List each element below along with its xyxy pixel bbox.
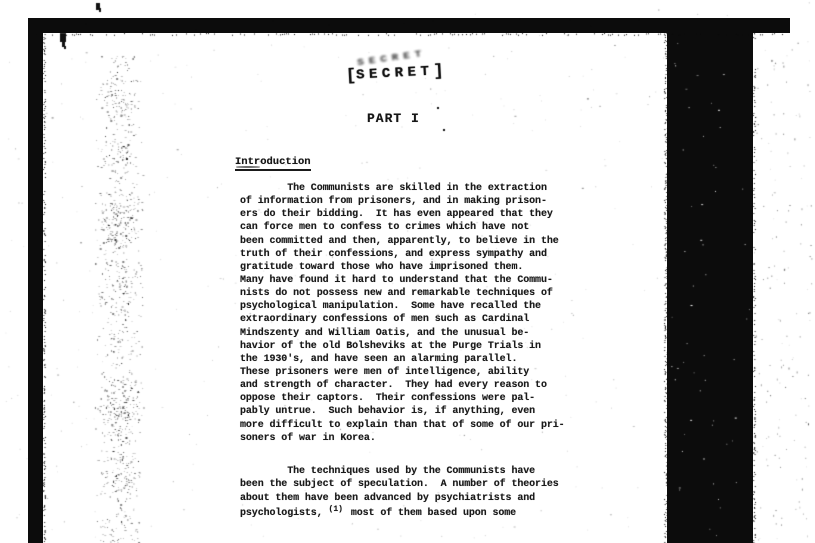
text-line: of information from prisoners, and in ma… bbox=[240, 195, 565, 208]
introduction-heading-label: Introduction bbox=[235, 156, 311, 171]
text-line: soners of war in Korea. bbox=[240, 432, 565, 445]
text-line: psychological manipulation. Some have re… bbox=[240, 300, 565, 313]
text-line: more difficult to explain than that of s… bbox=[240, 419, 565, 432]
introduction-heading: Introduction bbox=[235, 151, 311, 169]
scan-border-left bbox=[28, 18, 43, 543]
underline-smudge bbox=[236, 166, 260, 168]
paragraph-1: The Communists are skilled in the extrac… bbox=[240, 182, 565, 445]
text-line: The techniques used by the Communists ha… bbox=[240, 465, 559, 478]
text-line: and strength of character. They had ever… bbox=[240, 379, 565, 392]
part-heading: PART I bbox=[367, 111, 420, 126]
stamp-word: SECRET bbox=[356, 64, 434, 84]
text-line: been committed and then, apparently, to … bbox=[240, 235, 565, 248]
scan-border-right bbox=[667, 31, 753, 543]
text-line: havior of the old Bolsheviks at the Purg… bbox=[240, 340, 565, 353]
stamp-right-bracket: ] bbox=[433, 62, 444, 82]
text-line: Mindszenty and William Oatis, and the un… bbox=[240, 327, 565, 340]
text-line: the 1930's, and have seen an alarming pa… bbox=[240, 353, 565, 366]
text-line: oppose their captors. Their confessions … bbox=[240, 392, 565, 405]
text-line: extraordinary confessions of men such as… bbox=[240, 313, 565, 326]
text-line: pably untrue. Such behavior is, if anyth… bbox=[240, 405, 565, 418]
text-line: Many have found it hard to understand th… bbox=[240, 274, 565, 287]
text-line: been the subject of speculation. A numbe… bbox=[240, 478, 559, 491]
text-line: These prisoners were men of intelligence… bbox=[240, 366, 565, 379]
text-line: nists do not possess new and remarkable … bbox=[240, 287, 565, 300]
last-line-pre: psychologists, bbox=[240, 508, 329, 519]
text-line: truth of their confessions, and express … bbox=[240, 248, 565, 261]
last-line-post: most of them based upon some bbox=[345, 508, 516, 519]
scanned-document-page: SECRET [SECRET] PART I Introduction The … bbox=[0, 0, 815, 543]
paragraph-2: The techniques used by the Communists ha… bbox=[240, 465, 559, 505]
paragraph-2-last-line: psychologists, (1) most of them based up… bbox=[240, 505, 516, 519]
text-line: ers do their bidding. It has even appear… bbox=[240, 208, 565, 221]
secret-classification-stamp: SECRET [SECRET] bbox=[345, 52, 467, 100]
footnote-reference: (1) bbox=[329, 505, 343, 514]
text-line: can force men to confess to crimes which… bbox=[240, 221, 565, 234]
text-line: gratitude toward those who have imprison… bbox=[240, 261, 565, 274]
text-line: The Communists are skilled in the extrac… bbox=[240, 182, 565, 195]
text-line: about them have been advanced by psychia… bbox=[240, 492, 559, 505]
secret-stamp-text: [SECRET] bbox=[345, 62, 444, 86]
